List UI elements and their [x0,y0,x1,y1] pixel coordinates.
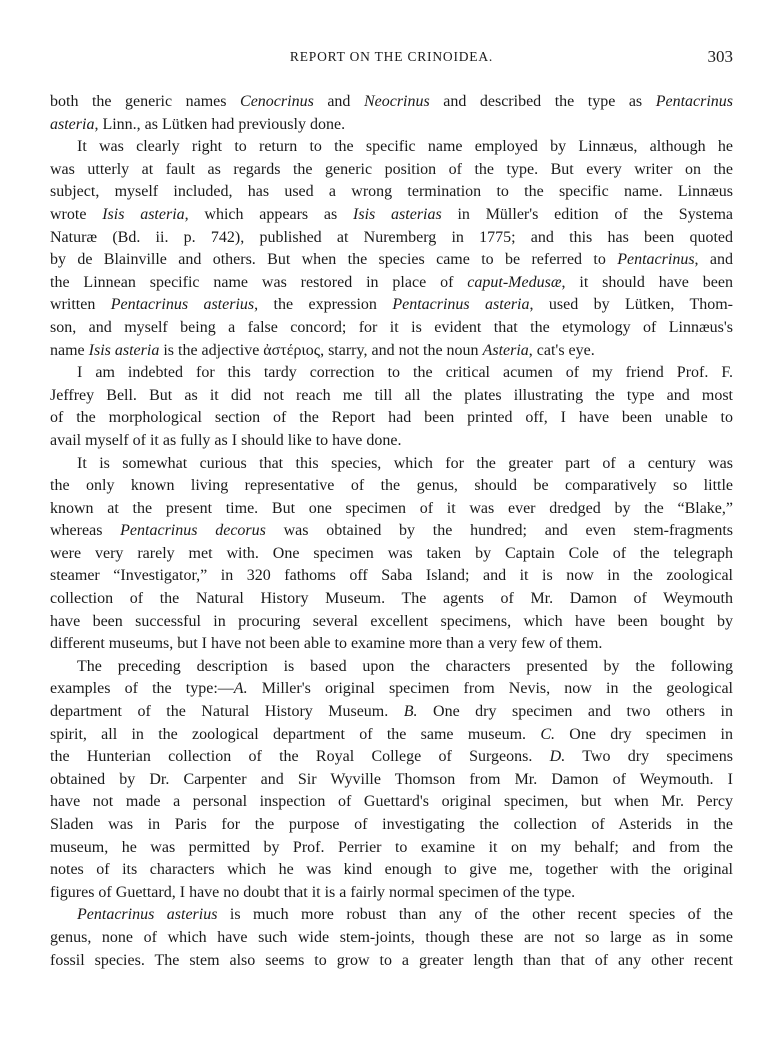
text-run: Naturæ (Bd. ii. p. 742), published at Nu… [50,229,733,246]
text-run: name [50,342,89,359]
text-line: Naturæ (Bd. ii. p. 742), published at Nu… [50,227,733,250]
text-line: genus, none of which have such wide stem… [50,927,733,950]
text-run: subject, myself included, has used a wro… [50,183,733,200]
paragraph: both the generic names Cenocrinus and Ne… [50,91,733,136]
text-run: both the generic names [50,93,240,110]
text-line: have not made a personal inspection of G… [50,791,733,814]
text-line: have been successful in procuring severa… [50,611,733,634]
text-line: of the morphological section of the Repo… [50,407,733,430]
text-run: Miller's original specimen from Nevis, n… [248,680,733,697]
text-run: fossil species. The stem also seems to g… [50,952,733,969]
text-line: museum, he was permitted by Prof. Perrie… [50,837,733,860]
text-run: Jeffrey Bell. But as it did not reach me… [50,387,733,404]
text-run: wrote [50,206,102,223]
text-line: was utterly at fault as regards the gene… [50,159,733,182]
italic-term: Isis asteria [89,342,160,359]
text-run: figures of Guettard, I have no doubt tha… [50,884,575,901]
paragraph: It was clearly right to return to the sp… [50,136,733,362]
text-run: It was clearly right to return to the sp… [77,138,733,155]
text-run: was utterly at fault as regards the gene… [50,161,733,178]
text-run: son, and myself being a false concord; f… [50,319,733,336]
text-line: by de Blainville and others. But when th… [50,249,733,272]
text-line: known at the present time. But one speci… [50,498,733,521]
text-line: obtained by Dr. Carpenter and Sir Wyvill… [50,769,733,792]
italic-term: caput-Medusæ [467,274,561,291]
text-run: written [50,296,111,313]
text-run: One dry specimen and two others in [418,703,733,720]
text-run: I am indebted for this tardy correction … [77,364,733,381]
text-run: the Hunterian collection of the Royal Co… [50,748,550,765]
italic-term: Pentacrinus asterius [77,906,217,923]
paragraph: I am indebted for this tardy correction … [50,362,733,452]
paragraph: Pentacrinus asterius is much more robust… [50,904,733,972]
italic-term: Neocrinus [364,93,430,110]
text-run: is much more robust than any of the othe… [217,906,733,923]
text-run: The preceding description is based upon … [77,658,733,675]
text-line: wrote Isis asteria, which appears as Isi… [50,204,733,227]
text-line: notes of its characters which he was kin… [50,859,733,882]
text-run: , and [695,251,733,268]
text-run: , cat's eye. [529,342,595,359]
text-run: of the morphological section of the Repo… [50,409,733,426]
text-line: The preceding description is based upon … [50,656,733,679]
text-line: name Isis asteria is the adjective ἀστέρ… [50,340,733,363]
text-line: the Hunterian collection of the Royal Co… [50,746,733,769]
italic-term: Pentacrinus asteria [392,296,529,313]
text-line: Sladen was in Paris for the purpose of i… [50,814,733,837]
text-run: known at the present time. But one speci… [50,500,733,517]
text-line: the Linnean specific name was restored i… [50,272,733,295]
text-run: genus, none of which have such wide stem… [50,929,733,946]
text-run: have been successful in procuring severa… [50,613,733,630]
text-line: Pentacrinus asterius is much more robust… [50,904,733,927]
running-title: REPORT ON THE CRINOIDEA. [50,49,733,65]
body-text: both the generic names Cenocrinus and Ne… [50,91,733,972]
text-line: spirit, all in the zoological department… [50,724,733,747]
italic-term: C. [540,726,555,743]
text-run: and [314,93,364,110]
paragraph: It is somewhat curious that this species… [50,453,733,656]
italic-term: Pentacrinus decorus [120,522,266,539]
text-run: were very rarely met with. One specimen … [50,545,733,562]
text-line: department of the Natural History Museum… [50,701,733,724]
text-run: , used by Lütken, Thom- [530,296,734,313]
text-line: examples of the type:—A. Miller's origin… [50,678,733,701]
text-run: obtained by Dr. Carpenter and Sir Wyvill… [50,771,733,788]
text-line: both the generic names Cenocrinus and Ne… [50,91,733,114]
text-line: steamer “Investigator,” in 320 fathoms o… [50,565,733,588]
text-line: son, and myself being a false concord; f… [50,317,733,340]
text-run: , which appears as [185,206,353,223]
text-run: spirit, all in the zoological department… [50,726,540,743]
text-line: I am indebted for this tardy correction … [50,362,733,385]
text-run: steamer “Investigator,” in 320 fathoms o… [50,567,733,584]
italic-term: Asteria [483,342,529,359]
text-run: in Müller's edition of the Systema [442,206,733,223]
text-line: It was clearly right to return to the sp… [50,136,733,159]
text-line: fossil species. The stem also seems to g… [50,950,733,973]
italic-term: asteria [50,116,94,133]
text-run: whereas [50,522,120,539]
text-run: have not made a personal inspection of G… [50,793,733,810]
text-run: , the expression [254,296,392,313]
text-run: the Linnean specific name was restored i… [50,274,467,291]
running-header: REPORT ON THE CRINOIDEA. 303 [50,47,733,69]
italic-term: Isis asterias [353,206,442,223]
paragraph: The preceding description is based upon … [50,656,733,905]
text-run: examples of the type:— [50,680,234,697]
text-run: the only known living representative of … [50,477,733,494]
italic-term: Cenocrinus [240,93,314,110]
text-run: was obtained by the hundred; and even st… [266,522,733,539]
text-run: different museums, but I have not been a… [50,635,602,652]
italic-term: Isis asteria [102,206,184,223]
text-run: , Linn., as Lütken had previously done. [94,116,345,133]
text-run: avail myself of it as fully as I should … [50,432,401,449]
text-run: collection of the Natural History Museum… [50,590,733,607]
text-run: department of the Natural History Museum… [50,703,404,720]
text-run: by de Blainville and others. But when th… [50,251,617,268]
text-line: avail myself of it as fully as I should … [50,430,733,453]
italic-term: D. [550,748,566,765]
italic-term: A. [234,680,248,697]
text-run: It is somewhat curious that this species… [77,455,733,472]
italic-term: B. [404,703,418,720]
italic-term: Pentacrinus asterius [111,296,254,313]
text-run: Sladen was in Paris for the purpose of i… [50,816,733,833]
text-run: museum, he was permitted by Prof. Perrie… [50,839,733,856]
text-run: , it should have been [561,274,733,291]
page-number: 303 [708,47,734,67]
text-line: figures of Guettard, I have no doubt tha… [50,882,733,905]
text-run: is the adjective ἀστέριος, starry, and n… [159,342,482,359]
italic-term: Pentacrinus [656,93,733,110]
text-line: Jeffrey Bell. But as it did not reach me… [50,385,733,408]
text-line: whereas Pentacrinus decorus was obtained… [50,520,733,543]
text-line: asteria, Linn., as Lütken had previously… [50,114,733,137]
text-line: subject, myself included, has used a wro… [50,181,733,204]
text-run: Two dry specimens [565,748,733,765]
text-run: One dry specimen in [555,726,733,743]
text-line: the only known living representative of … [50,475,733,498]
text-line: It is somewhat curious that this species… [50,453,733,476]
text-run: notes of its characters which he was kin… [50,861,733,878]
text-line: written Pentacrinus asterius, the expres… [50,294,733,317]
text-line: were very rarely met with. One specimen … [50,543,733,566]
text-line: different museums, but I have not been a… [50,633,733,656]
text-line: collection of the Natural History Museum… [50,588,733,611]
text-run: and described the type as [430,93,656,110]
italic-term: Pentacrinus [617,251,694,268]
